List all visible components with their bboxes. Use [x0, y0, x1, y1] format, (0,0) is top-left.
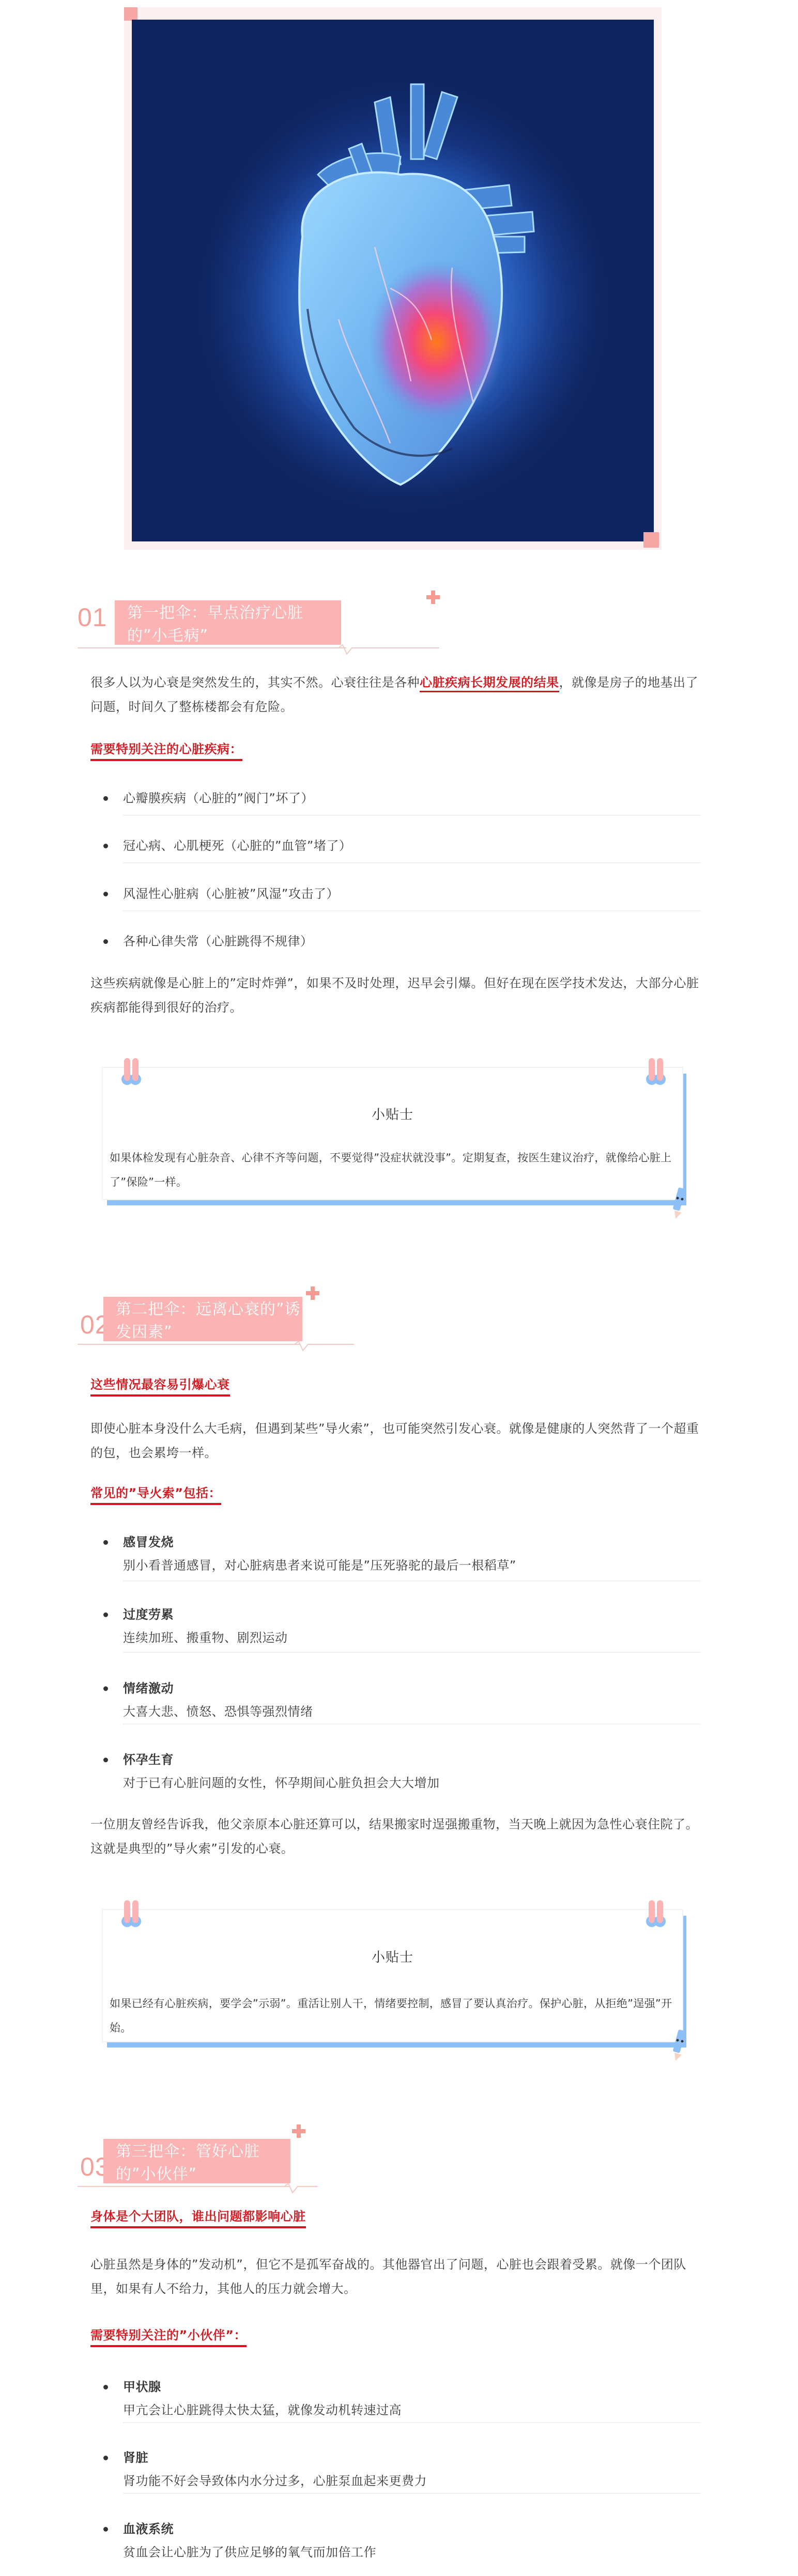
bullet-icon	[103, 796, 108, 801]
list-item: 感冒发烧 别小看普通感冒，对心脏病患者来说可能是”压死骆驼的最后一根稻草”	[103, 1532, 700, 1584]
bullet-icon	[103, 939, 108, 944]
tip-title: 小贴士	[102, 1947, 683, 1966]
list-heading: 需要特别关注的心脏疾病：	[90, 739, 242, 761]
divider	[123, 862, 700, 863]
tip-box-shadow	[107, 1200, 686, 1205]
paragraph: 即使心脏本身没什么大毛病，但遇到某些”导火索”，也可能突然引发心衰。就像是健康的…	[90, 1417, 700, 1465]
plus-cross-icon	[426, 591, 440, 604]
divider	[78, 647, 346, 648]
binder-ring-icon	[654, 1900, 666, 1931]
bullet-icon	[103, 892, 108, 896]
divider	[78, 2186, 289, 2187]
hero-heart-image	[132, 20, 654, 541]
divider	[123, 2422, 700, 2423]
bullet-icon	[103, 2527, 108, 2532]
binder-ring-icon	[130, 1058, 141, 1089]
divider	[357, 647, 439, 648]
section-number: 01	[78, 602, 108, 632]
divider	[123, 1652, 700, 1653]
bullet-icon	[103, 844, 108, 848]
divider	[78, 1344, 300, 1345]
list-heading: 常见的”导火索”包括：	[90, 1483, 221, 1505]
bullet-icon	[103, 1686, 108, 1691]
plus-cross-icon	[306, 1286, 319, 1300]
pencil-mascot-icon	[669, 1186, 690, 1222]
tip-box-shadow	[107, 2042, 686, 2047]
tip-text: 如果体检发现有心脏杂音、心律不齐等问题，不要觉得”没症状就没事”。定期复查，按医…	[110, 1146, 673, 1194]
divider	[123, 815, 700, 816]
list-item: 情绪激动 大喜大悲、愤怒、恐惧等强烈情绪	[103, 1678, 700, 1730]
section-title: 第二把伞：远离心衰的”诱发因素”	[103, 1297, 302, 1341]
paragraph: 心脏虽然是身体的”发动机”，但它不是孤军奋战的。其他器官出了问题，心脏也会跟着受…	[90, 2253, 700, 2301]
list-item: 各种心律失常（心脏跳得不规律）	[103, 931, 700, 952]
frame-corner-decoration	[124, 7, 137, 21]
paragraph: 这些疾病就像是心脏上的”定时炸弹”，如果不及时处理，迟早会引爆。但好在现在医学技…	[90, 971, 700, 1020]
section-title: 第一把伞：早点治疗心脏的”小毛病”	[115, 600, 341, 645]
highlight-text: 心脏疾病长期发展的结果	[420, 675, 559, 692]
section-title: 第三把伞：管好心脏的”小伙伴”	[103, 2139, 290, 2183]
binder-ring-icon	[130, 1900, 141, 1931]
divider	[123, 910, 700, 911]
plus-cross-icon	[292, 2124, 305, 2138]
list-item: 怀孕生育 对于已有心脏问题的女性，怀孕期间心脏负担会大大增加	[103, 1749, 700, 1796]
list-item: 风湿性心脏病（心脏被”风湿”攻击了）	[103, 883, 700, 914]
pencil-mascot-icon	[669, 2028, 690, 2064]
pulse-divider-icon	[284, 2178, 305, 2194]
list-item: 过度劳累 连续加班、搬重物、剧烈运动	[103, 1604, 700, 1656]
bullet-icon	[103, 1758, 108, 1762]
tip-text: 如果已经有心脏疾病，要学会”示弱”。重活让别人干，情绪要控制，感冒了要认真治疗。…	[110, 1992, 673, 2040]
pulse-divider-icon	[339, 640, 359, 655]
list-item: 血液系统 贫血会让心脏为了供应足够的氧气而加倍工作	[103, 2519, 700, 2565]
section-subtitle: 身体是个大团队，谁出问题都影响心脏	[90, 2206, 306, 2228]
divider	[123, 2493, 700, 2494]
bullet-icon	[103, 2456, 108, 2460]
bullet-icon	[103, 1612, 108, 1617]
pulse-divider-icon	[295, 1336, 315, 1352]
divider	[313, 1344, 354, 1345]
list-heading: 需要特别关注的”小伙伴”：	[90, 2325, 247, 2347]
divider	[123, 1724, 700, 1725]
heart-illustration	[132, 20, 654, 541]
section-subtitle: 这些情况最容易引爆心衰	[90, 1374, 230, 1396]
bullet-icon	[103, 1540, 108, 1545]
paragraph: 很多人以为心衰是突然发生的，其实不然。心衰往往是各种心脏疾病长期发展的结果，就像…	[90, 671, 700, 719]
tip-title: 小贴士	[102, 1104, 683, 1123]
binder-ring-icon	[654, 1058, 666, 1089]
list-item: 心瓣膜疾病（心脏的”阀门”坏了）	[103, 788, 700, 819]
frame-corner-decoration	[643, 532, 659, 548]
list-item: 冠心病、心肌梗死（心脏的”血管”堵了）	[103, 835, 700, 866]
divider	[302, 2186, 318, 2187]
list-item: 甲状腺 甲亢会让心脏跳得太快太猛，就像发动机转速过高	[103, 2377, 700, 2428]
paragraph: 一位朋友曾经告诉我，他父亲原本心脏还算可以，结果搬家时逞强搬重物，当天晚上就因为…	[90, 1812, 700, 1861]
divider	[123, 1580, 700, 1581]
bullet-icon	[103, 2385, 108, 2389]
list-item: 肾脏 肾功能不好会导致体内水分过多，心脏泵血起来更费力	[103, 2447, 700, 2499]
